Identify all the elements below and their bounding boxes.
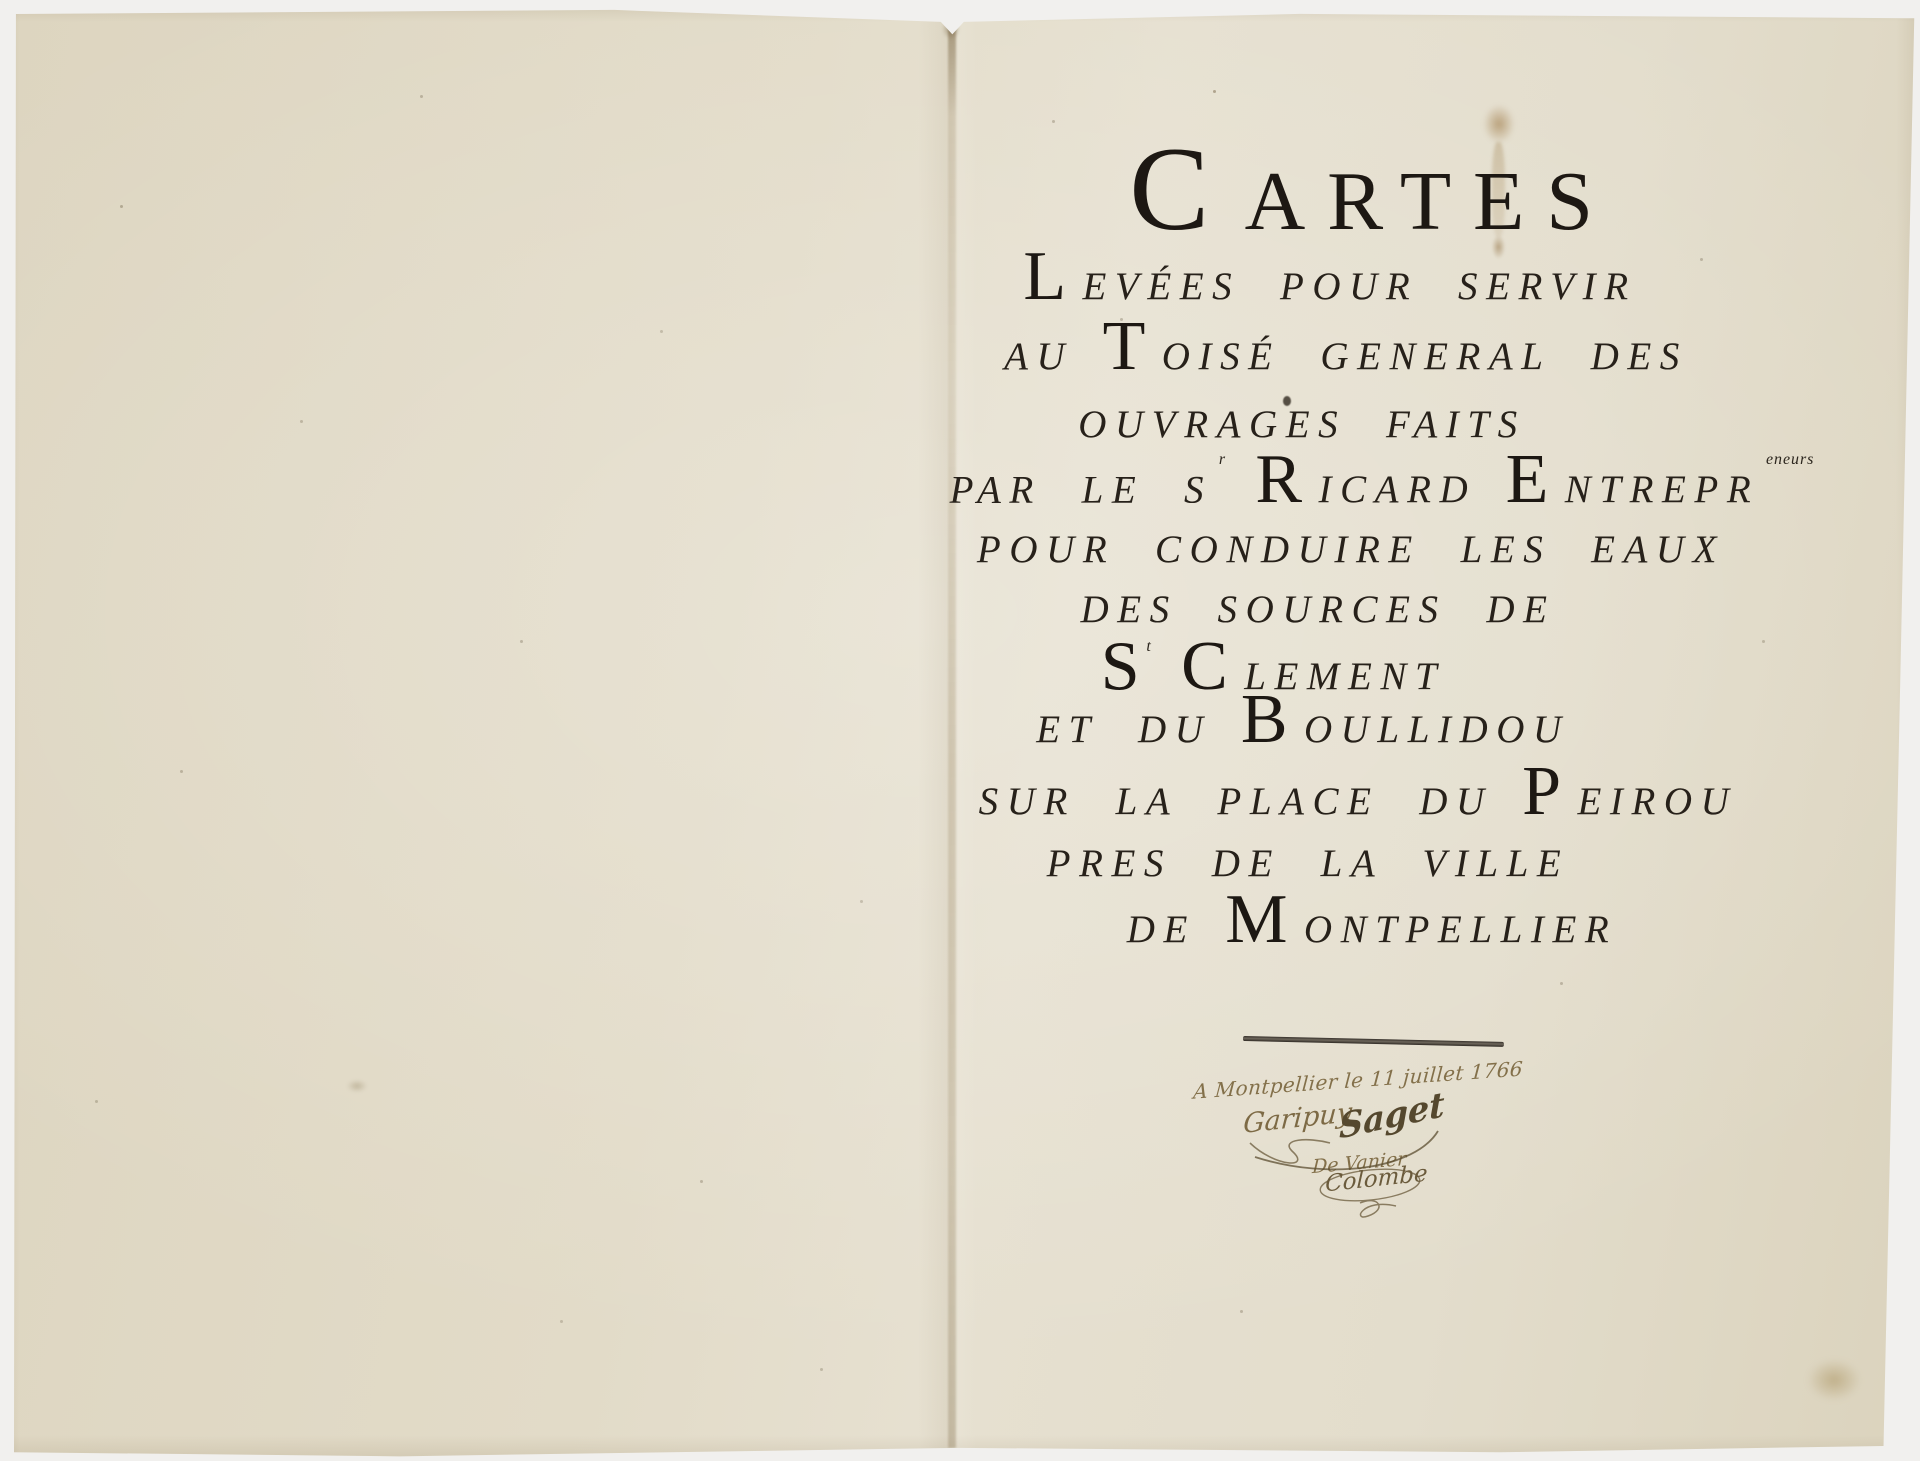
drop-cap: P [1522,753,1561,830]
caps-text: DE [1127,908,1196,951]
title-line-1: CARTES [1129,160,1615,244]
drop-cap: C [1181,628,1228,705]
superscript: r [1219,451,1226,468]
caps-text: EIROU [1577,780,1737,823]
superscript: eneurs [1766,451,1814,468]
drop-cap: C [1129,122,1209,255]
caps-text: NTREPR [1565,468,1759,511]
drop-cap: M [1225,881,1287,958]
title-rule [1243,1036,1504,1047]
faint-mark-left-page [344,1078,370,1094]
caps-text: DES SOURCES DE [1081,588,1556,631]
drop-cap: B [1241,681,1288,758]
paraph-flourish [1360,1201,1396,1217]
drop-cap: T [1103,308,1146,385]
caps-text: ARTES [1245,155,1615,248]
signature-flourishes [1180,1085,1480,1230]
title-line-5: PAR LE SrRICARDENTREPReneurs [950,460,1815,509]
paper-sheet: CARTES LEVÉES POUR SERVIR AUTOISÉ GENERA… [0,0,1920,1461]
underline-flourish [1255,1131,1438,1169]
drop-cap: R [1255,441,1302,518]
caps-text: EVÉES POUR SERVIR [1083,265,1637,308]
caps-text: PRES DE LA VILLE [1047,842,1570,885]
caps-text: ONTPELLIER [1304,908,1617,951]
title-line-6: POUR CONDUIRE LES EAUX [977,530,1725,569]
scan-background: CARTES LEVÉES POUR SERVIR AUTOISÉ GENERA… [0,0,1920,1461]
drop-cap: L [1023,238,1066,315]
title-line-7: DES SOURCES DE [1081,590,1556,629]
caps-text: AU [1004,335,1073,378]
paper-specks [0,0,3,3]
caps-text: ET DU [1036,708,1211,751]
drop-cap: S [1101,628,1140,705]
caps-text: OULLIDOU [1304,708,1570,751]
caps-text: PAR LE S [950,468,1213,511]
title-line-4: OUVRAGES FAITS [1078,405,1525,444]
stain-bottom-right [1798,1352,1870,1408]
title-line-9: ET DUBOULLIDOU [1036,710,1570,749]
caps-text: POUR CONDUIRE LES EAUX [977,528,1725,571]
drop-cap: E [1506,441,1549,518]
title-block: CARTES LEVÉES POUR SERVIR AUTOISÉ GENERA… [898,0,1818,1000]
title-line-3: AUTOISÉ GENERAL DES [1004,337,1688,376]
caps-text: SUR LA PLACE DU [979,780,1493,823]
title-line-10: SUR LA PLACE DUPEIROU [979,782,1738,821]
caps-text: OUVRAGES FAITS [1078,403,1525,446]
superscript: t [1146,638,1151,655]
circle-flourish [1319,1165,1422,1205]
title-line-11: PRES DE LA VILLE [1047,844,1570,883]
caps-text: OISÉ GENERAL DES [1162,335,1688,378]
title-line-2: LEVÉES POUR SERVIR [1023,267,1636,306]
caps-text: ICARD [1319,468,1477,511]
title-line-12: DEMONTPELLIER [1127,910,1618,949]
